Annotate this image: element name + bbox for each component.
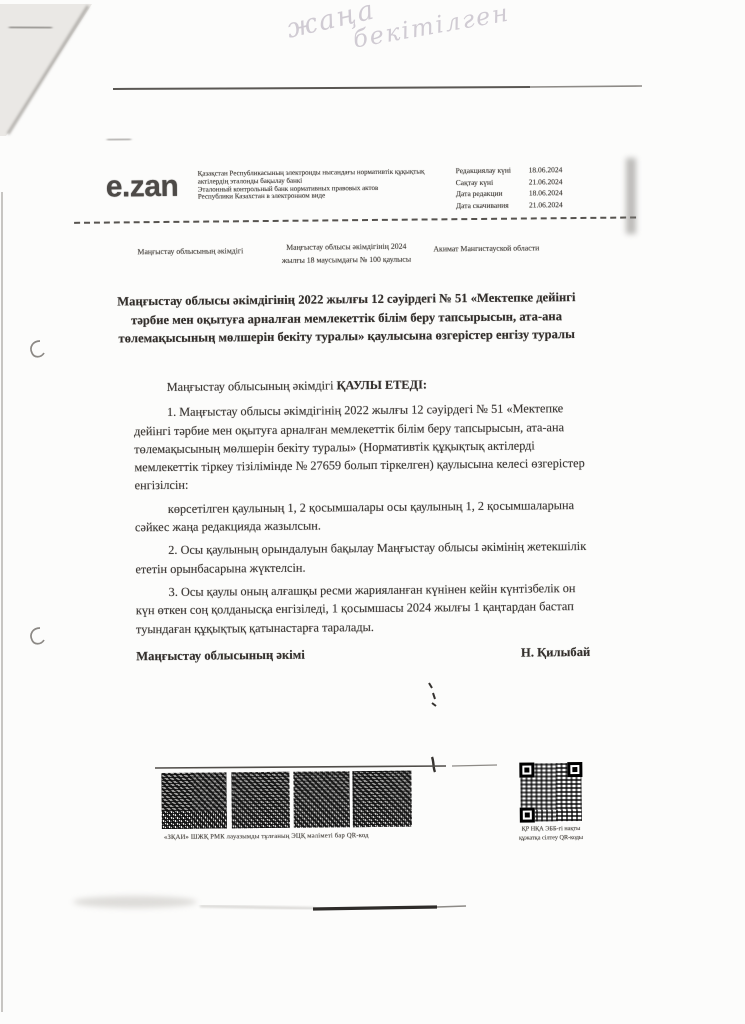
document-body: Маңғыстау облысының әкімдігі ҚАУЛЫ ЕТЕДІ… bbox=[134, 374, 591, 666]
qr-finder-icon bbox=[520, 807, 535, 822]
document-title: Маңғыстау облысы әкімдігінің 2022 жылғы … bbox=[114, 288, 580, 348]
scanned-document-page: жаңа бекітілген e.za bbox=[0, 0, 745, 1024]
signature-barcode-block bbox=[352, 771, 412, 828]
decree-intro-bold: ҚАУЛЫ ЕТЕДІ: bbox=[336, 377, 427, 392]
paragraph-3: 2. Осы қаулының орындалуын бақылау Маңғы… bbox=[135, 537, 589, 578]
document-meta-dates: Редакциялау күні 18.06.2024 Сақтау күні … bbox=[456, 164, 577, 212]
document-content: e.zan Қазақстан Республикасының электрон… bbox=[0, 0, 745, 1024]
meta-value: 18.06.2024 bbox=[529, 164, 577, 176]
barcode-caption: «ЗҚАИ» ШЖҚ РМК лауазымды тұлғаның ЭЦҚ мә… bbox=[164, 831, 484, 841]
signature-row: Маңғыстау облысының әкімі Н. Қилыбай bbox=[136, 643, 590, 666]
meta-label: Дата скачивания bbox=[456, 199, 529, 211]
document-reference: Маңғыстау облысы әкімдігінің 2024 жылғы … bbox=[280, 240, 412, 267]
meta-label: Редакциялау күні bbox=[456, 164, 529, 176]
meta-label: Сақтау күні bbox=[456, 176, 529, 188]
paragraph-2: көрсетілген қаулының 1, 2 қосымшалары ос… bbox=[135, 496, 589, 537]
decree-intro: Маңғыстау облысының әкімдігі ҚАУЛЫ ЕТЕДІ… bbox=[134, 374, 588, 397]
bank-description: Қазақстан Республикасының электронды ныс… bbox=[198, 168, 448, 202]
qr-finder-icon bbox=[567, 762, 582, 777]
signature-barcode-block bbox=[293, 771, 350, 828]
bank-line: Республики Казахстан в электронном виде bbox=[198, 192, 448, 202]
issuer-ru: Акимат Мангистауской области bbox=[418, 241, 554, 255]
header-separator bbox=[74, 216, 636, 223]
paragraph-1: 1. Маңғыстау облысы әкімдігінің 2022 жыл… bbox=[134, 399, 589, 495]
qr-finder-icon bbox=[519, 762, 534, 777]
meta-row: Дата скачивания 21.06.2024 bbox=[456, 199, 577, 212]
qr-caption: ҚР НҚА ЭББ-гі нақты құжатқа сілтеу QR-ко… bbox=[496, 825, 606, 843]
meta-value: 21.06.2024 bbox=[529, 199, 577, 211]
signature-barcode-block bbox=[231, 772, 290, 829]
meta-value: 21.06.2024 bbox=[529, 176, 577, 188]
signature-barcode-block bbox=[161, 772, 227, 829]
qr-code bbox=[520, 763, 582, 822]
meta-value: 18.06.2024 bbox=[529, 187, 577, 199]
decree-intro-text: Маңғыстау облысының әкімдігі bbox=[167, 378, 337, 394]
issuer-kk: Маңғыстау облысының әкімдігі bbox=[124, 244, 256, 258]
signature-position: Маңғыстау облысының әкімі bbox=[136, 646, 305, 666]
signature-name: Н. Қилыбай bbox=[521, 643, 590, 662]
meta-label: Дата редакции bbox=[456, 188, 529, 200]
ezan-logo: e.zan bbox=[106, 170, 179, 205]
qr-caption-line2: құжатқа сілтеу QR-коды bbox=[496, 833, 606, 843]
paragraph-4: 3. Осы қаулы оның алғашқы ресми жариялан… bbox=[136, 579, 591, 638]
